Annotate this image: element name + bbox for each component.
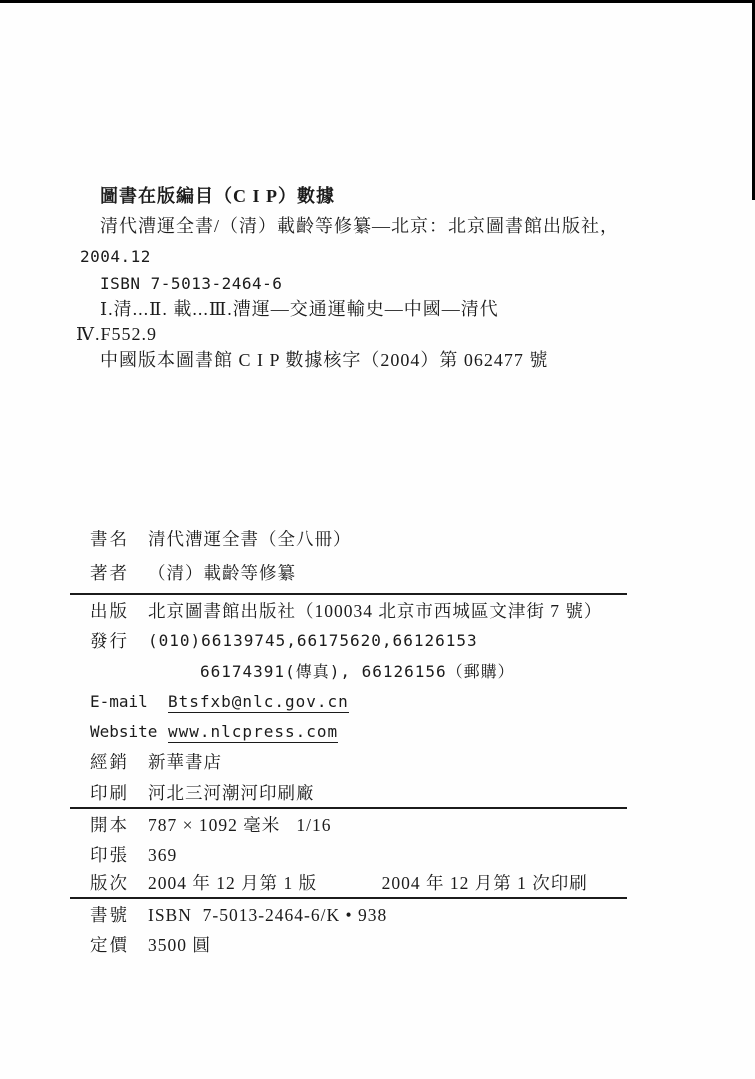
colophon-row-distribution: 發行 (010)66139745,66175620,66126153 [70,626,627,656]
row-value-publisher: 北京圖書館出版社（100034 北京市西城區文津街 7 號） [148,596,602,626]
divider-rule-3 [70,897,627,899]
cip-classification: Ⅰ.清...Ⅱ. 載...Ⅲ.漕運—交通運輸史—中國—清代 [100,297,499,321]
colophon-row-publisher: 出版 北京圖書館出版社（100034 北京市西城區文津街 7 號） [70,596,627,626]
row-value-distribution-phones: (010)66139745,66175620,66126153 [148,626,478,656]
colophon-row-book-number: 書號 ISBN 7-5013-2464-6/K • 938 [70,900,627,930]
divider-rule-1 [70,593,627,595]
row-label-distributor: 經銷 [90,747,129,777]
divider-rule-2 [70,807,627,809]
row-label-book-number: 書號 [90,900,129,930]
row-value-author: （清）載齡等修纂 [148,558,296,588]
row-value-website: www.nlcpress.com [168,717,338,747]
row-label-edition: 版次 [90,868,129,898]
scan-border-top [0,0,755,3]
row-label-sheets: 印張 [90,840,129,870]
row-value-title: 清代漕運全書（全八冊） [148,524,352,554]
row-value-printer: 河北三河潮河印刷廠 [148,778,315,808]
row-value-distributor: 新華書店 [148,747,222,777]
row-value-price: 3500 圓 [148,930,211,960]
scanned-colophon-page: { "colors": { "ink": "#1b1b1b", "paper":… [0,0,755,1079]
colophon-row-printer: 印刷 河北三河潮河印刷廠 [70,778,627,808]
row-label-website: Website [90,717,157,747]
row-label-publisher: 出版 [90,596,129,626]
colophon-row-format: 開本 787 × 1092 毫米 1/16 [70,810,627,840]
row-label-distribution: 發行 [90,626,129,656]
cip-year: 2004.12 [80,245,151,269]
colophon-row-author: 著者 （清）載齡等修纂 [70,558,627,588]
colophon-row-title: 書名 清代漕運全書（全八冊） [70,524,627,554]
row-label-author: 著者 [90,558,129,588]
colophon-row-distribution-cont: 66174391(傳真), 66126156（郵購） [70,657,627,687]
colophon-row-sheets: 印張 369 [70,840,627,870]
cip-description: 清代漕運全書/（清）載齡等修纂—北京：北京圖書館出版社， [100,214,619,238]
row-label-format: 開本 [90,810,129,840]
row-value-book-number: ISBN 7-5013-2464-6/K • 938 [148,900,387,930]
row-label-title: 書名 [90,524,129,554]
colophon-row-distributor: 經銷 新華書店 [70,747,627,777]
row-value-email: Btsfxb@nlc.gov.cn [168,687,349,717]
row-label-price: 定價 [90,930,129,960]
colophon-row-price: 定價 3500 圓 [70,930,627,960]
colophon-row-website: Website www.nlcpress.com [70,717,627,747]
colophon-row-edition: 版次 2004 年 12 月第 1 版 2004 年 12 月第 1 次印刷 [70,868,627,898]
row-value-format: 787 × 1092 毫米 1/16 [148,810,331,840]
email-address: Btsfxb@nlc.gov.cn [168,692,349,713]
row-value-edition: 2004 年 12 月第 1 版 2004 年 12 月第 1 次印刷 [148,868,588,898]
cip-classification-2: Ⅳ.F552.9 [76,322,157,346]
row-value-distribution-phones-2: 66174391(傳真), 66126156（郵購） [200,657,515,687]
cip-isbn: ISBN 7-5013-2464-6 [100,272,282,296]
row-label-printer: 印刷 [90,778,129,808]
cip-heading: 圖書在版編目（C I P）數據 [100,184,335,208]
colophon-row-email: E-mail Btsfxb@nlc.gov.cn [70,687,627,717]
row-value-sheets: 369 [148,840,177,870]
cip-record-number: 中國版本圖書館 C I P 數據核字（2004）第 062477 號 [100,348,548,372]
website-url: www.nlcpress.com [168,722,338,743]
row-label-email: E-mail [90,687,148,717]
